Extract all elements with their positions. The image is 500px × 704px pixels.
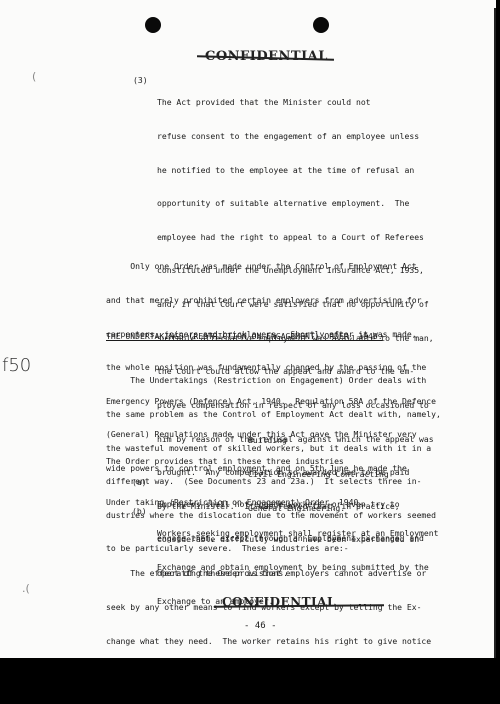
page-number: - 46 -	[244, 621, 277, 631]
item-b-label: (b)	[132, 506, 147, 517]
margin-mark-top: (	[32, 70, 36, 83]
punch-hole-right	[313, 17, 329, 33]
margin-mark-bottom: .(	[22, 582, 30, 595]
item-a-label: (a)	[132, 477, 147, 488]
page-edge-shadow	[494, 8, 496, 658]
section-heading: THE UNDERTAKINGS (RESTRICTION ON ENGAGEM…	[106, 331, 383, 342]
paragraph-order-provides: The Order provides that in these three i…	[106, 456, 344, 467]
punch-hole-left	[145, 17, 161, 33]
document-page: CONFIDENTIAL ( (3) The Act provided that…	[0, 0, 496, 658]
footer-confidential-stamp: CONFIDENTIAL	[222, 595, 336, 609]
handwritten-margin-note: f50	[2, 355, 31, 376]
header-confidential-stamp: CONFIDENTIAL	[205, 49, 328, 64]
industry-item: Building	[248, 435, 389, 446]
item-3-label: (3)	[133, 75, 148, 86]
